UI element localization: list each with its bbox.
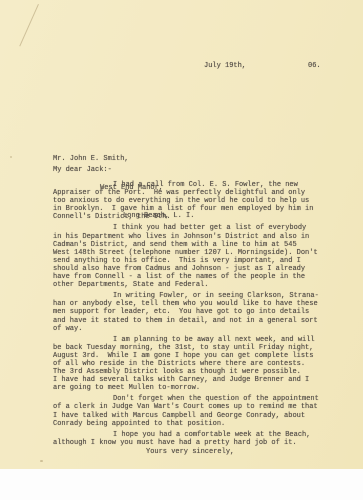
paper-scratch-mark	[19, 4, 39, 46]
letter-page: July 19th, 06. Mr. John E. Smith, West E…	[0, 0, 363, 469]
page-background	[0, 469, 363, 500]
paragraph-1: I had a call from Col. E. S. Fowler, the…	[53, 181, 333, 221]
salutation: My dear Jack:-	[53, 166, 112, 174]
paragraph-2: I think you had better get a list of eve…	[53, 224, 333, 289]
paper-speck	[10, 156, 12, 158]
closing-line: Yours very sincerely,	[146, 448, 234, 456]
date-month-day: July 19th,	[204, 62, 246, 70]
paragraph-4: I am planning to be away all next week, …	[53, 336, 333, 393]
paragraph-3: In writing Fowler, or in seeing Clarkson…	[53, 292, 333, 332]
letter-body: I had a call from Col. E. S. Fowler, the…	[53, 181, 333, 450]
address-line-1: Mr. John E. Smith,	[53, 155, 194, 165]
paper-speck	[40, 460, 43, 462]
date-year: 06.	[308, 62, 321, 70]
paragraph-5: Don't forget when the question of the ap…	[53, 395, 333, 427]
scan-viewport: July 19th, 06. Mr. John E. Smith, West E…	[0, 0, 363, 500]
paragraph-6: I hope you had a comfortable week at the…	[53, 431, 333, 447]
